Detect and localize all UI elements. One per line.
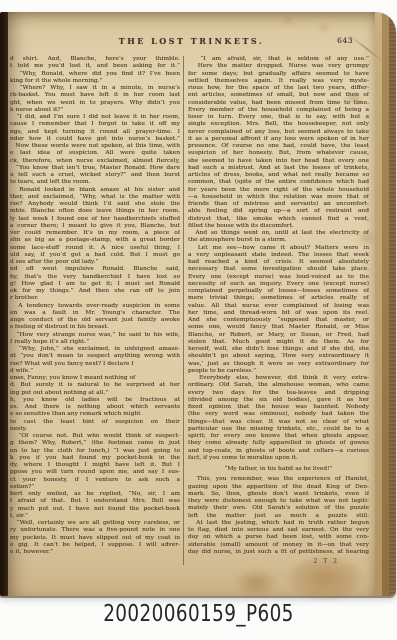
left-text-column: d shirt. And, Blanche, here’s your thimb… (10, 56, 180, 565)
text-line: estion?” (10, 484, 180, 491)
text-line: “How very strange nurse was,” he said to… (10, 332, 180, 339)
book-scan-photo: THE LOST TRINKETS. 643 d shirt. And, Bla… (0, 0, 397, 640)
fore-edge-pages-inner (375, 12, 382, 596)
centered-quote-line: “My father, in his habit as he lived!” (188, 462, 369, 476)
text-line: rk-basket. You must have left it in her … (10, 92, 180, 99)
text-line: ry unfortunate. There was a five-pound n… (10, 527, 180, 534)
archive-id-label: 20020060159_P605 (40, 601, 358, 627)
fore-edge-pages-mid (382, 12, 389, 596)
text-line: single exception. Mrs. Bell, the houseke… (188, 121, 369, 128)
text-line: This, you remember, was the experience o… (188, 476, 369, 483)
text-line: king for it the whole morning.” (10, 78, 180, 85)
text-line: e gig. It can’t be helped, I suppose. I … (10, 542, 180, 549)
text-line: and top-coats, in ghosts of boots and co… (188, 448, 369, 455)
text-line: suspicion of her honesty. But, from what… (188, 150, 369, 157)
text-line: considerable value, had been missed from… (188, 100, 369, 107)
column-divider-rule (183, 56, 184, 565)
text-line: dy, where I thought I might have left it… (10, 462, 180, 469)
text-line: nesty. (10, 426, 180, 433)
text-line: mately their own. Old Sarah’s solution o… (188, 505, 369, 512)
text-line: “You know that isn’t true, Master Ronald… (10, 165, 180, 172)
text-line: mere trivial things; sometimes of articl… (188, 295, 369, 302)
text-line: was,’ just as though it were so very ext… (188, 361, 369, 368)
text-line: t afraid of that. But I understand Mrs. … (10, 498, 180, 505)
text-line: particular use the missing trinkets, etc… (188, 426, 369, 433)
right-text-column: “I am afraid, sir, that is seldom of any… (188, 56, 369, 565)
text-line: ppose you will turn round upon me, and s… (10, 469, 180, 476)
text-line: I really hope it’s all right.” (10, 339, 180, 346)
text-line: articles of dress, books, and what not r… (188, 172, 369, 179)
text-line: some one, would fancy that Master Ronald… (188, 324, 369, 331)
fore-edge-pages-outer (389, 12, 396, 596)
text-line: mark. So, then, ghosts don’t want trinke… (188, 491, 369, 498)
text-line: ct your honesty, if I venture to ask suc… (10, 477, 180, 484)
text-line: “I am afraid, sir, that is seldom of any… (188, 56, 369, 63)
text-line: ense, Fanny; you know I meant nothing of (10, 375, 180, 382)
text-line: Every member of the household complained… (188, 107, 369, 114)
book-page: THE LOST TRINKETS. 643 d shirt. And, Bla… (8, 12, 375, 596)
text-line: ly last week I found one of her handkerc… (10, 216, 180, 223)
printers-signature-mark: 2 T 2 (188, 556, 369, 565)
text-line: d. But surely it is natural to be surpri… (10, 382, 180, 389)
text-line: day did nurse, in just such a fit of pet… (188, 549, 369, 556)
text-line: slin as big as a postage-stamp, with a g… (10, 237, 180, 244)
right-column-block-a: “I am afraid, sir, that is seldom of any… (188, 56, 369, 462)
text-line: common, that (spite of the entire confid… (188, 179, 369, 186)
text-line: uld say, if you’d got a bad cold. But I … (10, 252, 180, 259)
text-line: ent articles, sometimes of small, but no… (188, 92, 369, 99)
text-line: day on which a purse had been lost, with… (188, 534, 369, 541)
text-line: Here the matter dropped. Nurse was very … (188, 63, 369, 70)
text-line: Let me see—how came it about? Matters we… (188, 245, 369, 252)
page-number: 643 (337, 36, 353, 45)
text-line: they come already fully apparelled in gh… (188, 440, 369, 447)
text-line: k nurse about it?” (10, 107, 180, 114)
text-line: necessity of such an inquiry. Every one … (188, 281, 369, 288)
book: THE LOST TRINKETS. 643 d shirt. And, Bla… (0, 12, 396, 596)
text-line: Everybody else, however, did think it ve… (188, 375, 369, 382)
text-line: en to lay the cloth for lunch,) “I was j… (10, 448, 180, 455)
text-line: d wife.” (10, 368, 180, 375)
text-line: g them? Why, Robert,” (the footman came … (10, 440, 180, 447)
text-line: And she contemptuously “supposed that ma… (188, 317, 369, 324)
text-line: “Well, certainly we are all getting very… (10, 520, 180, 527)
text-line: ther, and exclaimed, “Why, what is the m… (10, 194, 180, 201)
text-line: distrust that, like smoke which cannot f… (188, 216, 369, 223)
text-line: s feeling of distrust in his breast. (10, 324, 180, 331)
page-header: THE LOST TRINKETS. 643 (8, 12, 375, 48)
text-line: h, you know old ladies will be fractious… (10, 397, 180, 404)
text-line: her time, and thread-worn bit of wax upo… (188, 310, 369, 317)
text-line: complained perpetually of losses—losses … (188, 288, 369, 295)
text-line: never complained of any loss, but seemed… (188, 129, 369, 136)
text-line: rious how, for the space of the last two… (188, 85, 369, 92)
text-line: presence. Of course no one had, could ha… (188, 143, 369, 150)
text-line: stolen that. Much good might it do them.… (188, 339, 369, 346)
text-line: e it, however.” (10, 549, 180, 556)
text-line: the atmosphere burst in a storm. (188, 237, 369, 244)
text-line: to flag, died into serious and sad earne… (188, 527, 369, 534)
text-line: value. All that nurse ever complained of… (188, 303, 369, 310)
text-line: k you if you had found my pocket-book in… (10, 455, 180, 462)
text-line: ght, when we went in to prayers. Why did… (10, 100, 180, 107)
text-line: t, sir.” (10, 513, 180, 520)
text-line: to tears, and left the room. (10, 179, 180, 186)
text-line: y much put out. I have not found the poc… (10, 506, 180, 513)
text-line: things—that was clear. It was not so cle… (188, 419, 369, 426)
running-head-title: THE LOST TRINKETS. (119, 36, 264, 46)
text-line: u tell such a cruel, wicked story?” and … (10, 172, 180, 179)
text-line: it as a personal affront if any loss wer… (188, 136, 369, 143)
text-line: every two days for the tea-leaves and dr… (188, 390, 369, 397)
text-line: Blanche, or Robert, or Mary, or Susan, o… (188, 332, 369, 339)
text-line: And so things went on, until at last the… (188, 230, 369, 237)
right-column-block-b: This, you remember, was the experience o… (188, 476, 369, 556)
text-line: able feeling did spring up—a sort of res… (188, 208, 369, 215)
text-line: “I did, and I’m sure I did not leave it … (10, 114, 180, 121)
text-line: fact, if you come to moralize upon it. (188, 455, 369, 462)
text-line: mble. Blanche often does leave things in… (10, 208, 180, 215)
text-line: to cast the least hint of suspicion on t… (10, 419, 180, 426)
text-line: Every one (except nurse) was loud-voiced… (188, 274, 369, 281)
text-line: a very unpleasant state indeed. The loss… (188, 252, 369, 259)
text-line: shouldn’t go about saying, ‘How very ext… (188, 353, 369, 360)
text-line: (the very word was ominous), nobody had … (188, 411, 369, 418)
text-line: Ronald looked in blank amaze at his sist… (10, 187, 180, 194)
text-line: rse? Anybody would think I’d said she st… (10, 201, 180, 208)
text-line: gazing upon the apparition of the dead K… (188, 484, 369, 491)
text-line: nt “you don’t mean to suspect anything w… (10, 353, 180, 360)
text-line: left the matter just as much a puzzle st… (188, 513, 369, 520)
text-line: e last idea of suspicion. All were quite… (10, 150, 180, 157)
text-line: ck, therefore, when nurse exclaimed, alm… (10, 158, 180, 165)
text-line: people to be careless.” (188, 368, 369, 375)
text-line: settled themselves again. It really was … (188, 78, 369, 85)
text-line: en was a fault in Mr. Young’s character.… (10, 310, 180, 317)
text-line: my pockets. It must have slipped out of … (10, 535, 180, 542)
text-line: had such a mistrust. And at last the los… (188, 165, 369, 172)
text-line: (divided among the six old bodies), gave… (188, 397, 369, 404)
text-columns: d shirt. And, Blanche, here’s your thimb… (8, 48, 375, 565)
text-line: hy, that’s the very handkerchief I have … (10, 274, 180, 281)
text-line: friends than of mistress and servants) a… (188, 201, 369, 208)
binding-gutter-shadow (0, 12, 8, 596)
text-line: t told me you’d lost it, and been asking… (10, 63, 180, 70)
text-line: d see after the poor old lady.” (10, 259, 180, 266)
text-line: had reached a kind of crisis. It seemed … (188, 259, 369, 266)
text-line: “Why, John,” she exclaimed, in unfeigned… (10, 346, 180, 353)
text-line: nder how it could have got into nurse’s … (10, 136, 180, 143)
text-line: e so sensitive than any remark which mig… (10, 411, 180, 418)
text-line: “Why, Ronald, where did you find it? I’v… (10, 71, 180, 78)
text-line: loser in turn. Every one, that is to say… (188, 114, 369, 121)
text-line: ing put out about nothing at all.” (10, 390, 180, 397)
text-line: nd off went impulsive Ronald. Blanche sa… (10, 266, 180, 273)
text-line: r brother. (10, 295, 180, 302)
text-line: Now these words were not spoken, at this… (10, 143, 180, 150)
text-line: a corner there; I meant to give it you, … (10, 223, 180, 230)
text-line: ange conduct of the old servant just fai… (10, 317, 180, 324)
text-line: for some days; but gradually affairs see… (188, 71, 369, 78)
text-line: siderable (small) amount of money in it—… (188, 542, 369, 549)
text-line: necessary that some investigation should… (188, 266, 369, 273)
text-line: fixed opinion that the house was haunted… (188, 404, 369, 411)
text-line: herself, well, she didn’t lose things; a… (188, 346, 369, 353)
text-line: “Where? Why, I saw it in a minute, in nu… (10, 85, 180, 92)
text-line: ordinary. Old Sarah, the almshouse woman… (188, 382, 369, 389)
text-line: she seemed to have taken into her head t… (188, 158, 369, 165)
text-line: ver could remember. It’s in my room, a p… (10, 230, 180, 237)
text-line: At last the jesting, which had in truth … (188, 520, 369, 527)
text-line: d shirt. And, Blanche, here’s your thimb… (10, 56, 180, 63)
text-line: A tendency towards over-ready suspicion … (10, 303, 180, 310)
text-line: spirit; for every one knows that when gh… (188, 433, 369, 440)
text-line: bert only smiled, as he replied, “No, si… (10, 491, 180, 498)
text-line: some lace-stuff round it. A nice useful … (10, 245, 180, 252)
text-line: for years been the mere right of the who… (188, 187, 369, 194)
text-line: filled the house with its discomfort. (188, 223, 369, 230)
text-line: rse? What will you fancy next? I declare… (10, 361, 180, 368)
text-line: ngs, and kept turning it round all praye… (10, 129, 180, 136)
text-line: g! How glad I am to get it; I must set R… (10, 281, 180, 288)
text-line: “Of course not. But who would think of s… (10, 433, 180, 440)
text-line: cause I remember that I forgot to take i… (10, 121, 180, 128)
text-line: ok for my things.” And then she ran off … (10, 288, 180, 295)
text-line: they were dishonest enough to take what … (188, 498, 369, 505)
text-line: —a household in which the relation was m… (188, 194, 369, 201)
text-line: es. And there is nothing about which ser… (10, 404, 180, 411)
